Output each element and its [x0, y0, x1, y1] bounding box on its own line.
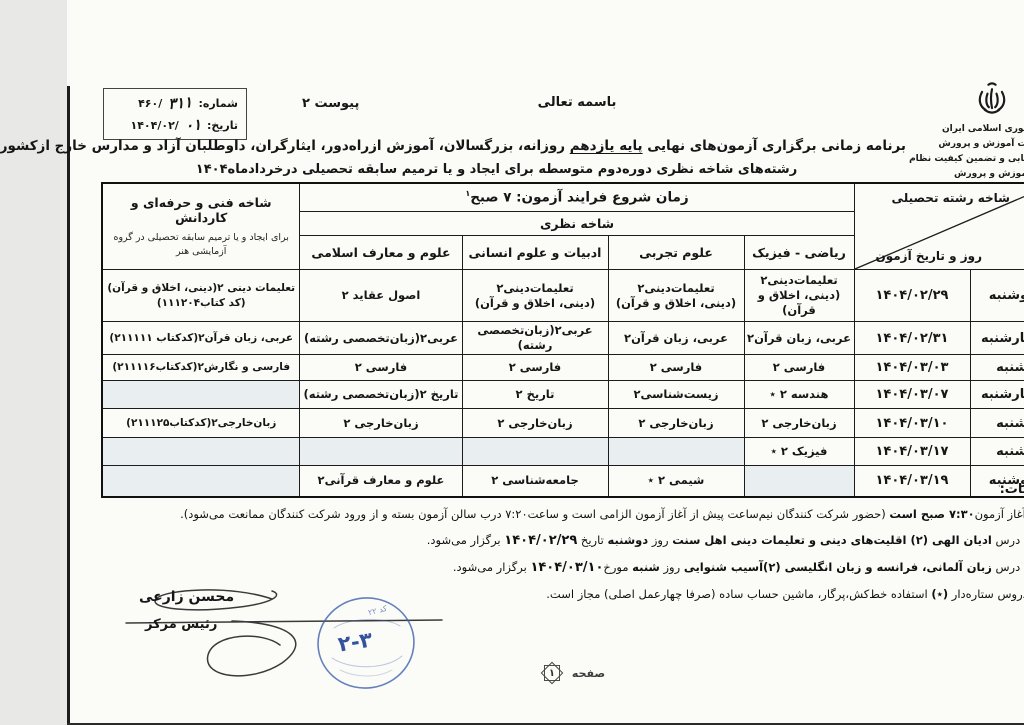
note2-date: ۱۴۰۴/۰۲/۲۹: [437, 533, 510, 548]
corner-branch-label: شاخه رشته تحصیلی: [802, 191, 967, 205]
ref-number-handwritten: ۳۱۱: [101, 93, 127, 113]
subject-cell: زبان‌خارجی ۲: [677, 409, 787, 438]
subject-cell: فیزیک ۲ ٭: [677, 438, 787, 466]
title-line-1: برنامه زمانی برگزاری آزمون‌های نهایی پای…: [20, 135, 839, 157]
document-page: جمهوری اسلامی ایران وزارت آموزش و پرورش …: [0, 0, 1024, 725]
note2-end: برگزار می‌شود.: [360, 533, 438, 547]
basmala: باسمه تعالی: [440, 95, 580, 110]
vocational-subtitle: برای ایجاد و یا ترمیم سابقه تحصیلی در گر…: [38, 231, 231, 259]
table-row: چهارشنبه ۱۴۰۴/۰۲/۳۱ عربی، زبان قرآن۲ عرب…: [35, 322, 987, 355]
note4-star: (٭): [864, 587, 881, 601]
vocational-header: شاخه فنی و حرفه‌ای و کاردانش برای ایجاد …: [35, 183, 233, 270]
attachment-label: پیوست ۲: [235, 96, 292, 111]
vocational-title: شاخه فنی و حرفه‌ای و کاردانش: [38, 195, 231, 225]
note3-mid2: مورخ: [536, 560, 565, 574]
start-time-header: زمان شروع فرایند آزمون: ۷ صبح۱: [233, 183, 787, 212]
title-grade-underlined: پایه یازدهم: [503, 138, 576, 154]
ref-number-printed: ۴۶۰/: [71, 97, 95, 110]
note2-text: ۲.آزمون درس: [925, 533, 996, 547]
subject-cell: زبان‌خارجی ۲: [541, 409, 677, 438]
subject-cell-empty: [35, 381, 233, 409]
ref-date-handwritten: ۰۱: [117, 115, 135, 134]
note3-date: ۱۴۰۴/۰۳/۱۰: [463, 560, 536, 575]
subject-cell: تعلیمات‌دینی۲ (دینی، اخلاق و قرآن): [677, 270, 787, 322]
note2-mid2: تاریخ: [510, 533, 540, 547]
subject-cell: فارسی ۲: [541, 355, 677, 381]
ref-date-label: تاریخ:: [140, 119, 171, 132]
day-cell: چهارشنبه: [903, 381, 987, 409]
ref-date-printed: ۱۴۰۴/۰۲/: [63, 119, 111, 132]
note3-bold: زبان آلمانی، فرانسه و زبان انگلیسی (۲)آس…: [617, 560, 925, 574]
subject-cell: عربی۲(زبان‌تخصصی رشته): [233, 322, 395, 355]
date-cell: ۱۴۰۴/۰۳/۰۳: [787, 355, 903, 381]
table-row: شنبه ۱۴۰۴/۰۳/۱۰ زبان‌خارجی ۲ زبان‌خارجی …: [35, 409, 987, 438]
reference-number-row: شماره: ۳۱۱ ۴۶۰/: [45, 94, 171, 112]
subject-cell: فارسی و نگارش۲(کدکتاب۲۱۱۱۱۶): [35, 355, 233, 381]
org-line-ministry: وزارت آموزش و پرورش: [840, 137, 1010, 152]
column-header-experimental: علوم تجربی: [541, 236, 677, 270]
note-line-1: ۱.زمان آغاز آزمون۷:۳۰ صبح است (حضور شرکت…: [18, 505, 996, 523]
note2-mid: روز: [581, 533, 605, 547]
table-row: دوشنبه ۱۴۰۴/۰۲/۲۹ تعلیمات‌دینی۲ (دینی، ا…: [35, 270, 987, 322]
notes-title: توضیحات:: [18, 482, 996, 497]
subject-cell: تعلیمات‌دینی۲ (دینی، اخلاق و قرآن): [541, 270, 677, 322]
date-cell: ۱۴۰۴/۰۳/۱۰: [787, 409, 903, 438]
page-footer: صفحه ۱: [410, 660, 600, 686]
reference-date-row: تاریخ: ۰۱ ۱۴۰۴/۰۲/: [45, 116, 171, 134]
subject-cell: زبان‌خارجی ۲: [233, 409, 395, 438]
signature-title: رئیس مرکز: [78, 617, 150, 632]
subject-cell: تاریخ ۲(زبان‌تخصصی رشته): [233, 381, 395, 409]
subject-cell: زبان‌خارجی۲(کدکتاب۲۱۱۱۲۵): [35, 409, 233, 438]
note1-text: ۱.زمان آغاز آزمون: [908, 507, 996, 521]
ref-number-label: شماره:: [131, 97, 171, 110]
subject-cell: زبان‌خارجی ۲: [395, 409, 541, 438]
org-line-center: مرکز ارزشیابی و تضمین کیفیت نظام: [840, 152, 1010, 167]
scan-edge-left: [0, 86, 3, 725]
note4-text: ۴.برای دروس ستاره‌دار: [881, 587, 996, 601]
subject-cell: فارسی ۲: [233, 355, 395, 381]
corner-cell: شاخه رشته تحصیلی روز و تاریخ آزمون: [787, 183, 987, 270]
org-line-center2: آموزش و پرورش: [840, 167, 1010, 182]
subject-cell: عربی، زبان قرآن۲(کدکتاب ۲۱۱۱۱۱): [35, 322, 233, 355]
note1-rest: (حضور شرکت کنندگان نیم‌ساعت پیش از آغاز …: [113, 507, 822, 521]
title-pre: برنامه زمانی برگزاری آزمون‌های نهایی: [576, 138, 839, 154]
reference-box: شماره: ۳۱۱ ۴۶۰/ تاریخ: ۰۱ ۱۴۰۴/۰۲/: [36, 88, 180, 140]
subject-cell-empty: [233, 438, 395, 466]
note3-text: ۳.آزمون درس: [925, 560, 996, 574]
subject-cell-empty: [35, 438, 233, 466]
subject-cell: عربی، زبان قرآن۲: [677, 322, 787, 355]
note-line-3: ۳.آزمون درس زبان آلمانی، فرانسه و زبان ا…: [18, 558, 996, 577]
start-time-text: زمان شروع فرایند آزمون: ۷ صبح: [403, 190, 621, 206]
subject-cell: عربی۲(زبان‌تخصصی رشته): [395, 322, 541, 355]
table-row: چهارشنبه ۱۴۰۴/۰۳/۰۷ هندسه ۲ ٭ زیست‌شناسی…: [35, 381, 987, 409]
page-footer-label: صفحه: [505, 667, 538, 680]
header-row-1: شاخه رشته تحصیلی روز و تاریخ آزمون زمان …: [35, 183, 987, 212]
signature-name: محسن زارعی: [72, 589, 167, 605]
day-cell: شنبه: [903, 438, 987, 466]
subject-cell-empty: [395, 438, 541, 466]
subject-cell: تاریخ ۲: [395, 381, 541, 409]
subject-cell: تعلیمات‌دینی۲ (دینی، اخلاق و قرآن): [395, 270, 541, 322]
title-post: روزانه، بزرگسالان، آموزش ازراه‌دور، ایثا…: [0, 138, 503, 154]
official-stamp: کد ۲۲ ۲-۳: [245, 592, 353, 694]
column-header-math-physics: ریاضی - فیزیک: [677, 236, 787, 270]
note3-end: برگزار می‌شود.: [386, 560, 464, 574]
day-cell: چهارشنبه: [903, 322, 987, 355]
subject-cell: تعلیمات دینی ۲(دینی، اخلاق و قرآن) (کد ک…: [35, 270, 233, 322]
note4-rest: استفاده خط‌کش،پرگار، ماشین حساب ساده (صر…: [479, 587, 864, 601]
note3-mid: روز: [593, 560, 617, 574]
date-cell: ۱۴۰۴/۰۲/۳۱: [787, 322, 903, 355]
date-cell: ۱۴۰۴/۰۳/۰۷: [787, 381, 903, 409]
subject-cell: عربی، زبان قرآن۲: [541, 322, 677, 355]
table-row: شنبه ۱۴۰۴/۰۳/۰۳ فارسی ۲ فارسی ۲ فارسی ۲ …: [35, 355, 987, 381]
title-line-2: رشته‌های شاخه نظری دوره‌دوم متوسطه برای …: [20, 159, 839, 181]
exam-schedule-table: شاخه رشته تحصیلی روز و تاریخ آزمون زمان …: [34, 182, 988, 498]
day-cell: شنبه: [903, 409, 987, 438]
date-cell: ۱۴۰۴/۰۲/۲۹: [787, 270, 903, 322]
letterhead: جمهوری اسلامی ایران وزارت آموزش و پرورش …: [840, 80, 1010, 182]
subject-cell: هندسه ۲ ٭: [677, 381, 787, 409]
note2-day: دوشنبه: [540, 533, 581, 547]
table-row: شنبه ۱۴۰۴/۰۳/۱۷ فیزیک ۲ ٭: [35, 438, 987, 466]
subject-cell: اصول عقاید ۲: [233, 270, 395, 322]
note1-bold: ۷:۳۰ صبح است: [822, 507, 907, 521]
note2-bold: ادیان الهی (۲) اقلیت‌های دینی و تعلیمات …: [605, 533, 925, 547]
subject-cell: فارسی ۲: [677, 355, 787, 381]
note3-day: شنبه: [565, 560, 593, 574]
subject-cell-empty: [541, 438, 677, 466]
iran-emblem-icon: [907, 80, 943, 120]
subject-cell: زیست‌شناسی۲: [541, 381, 677, 409]
note-line-2: ۲.آزمون درس ادیان الهی (۲) اقلیت‌های دین…: [18, 531, 996, 550]
document-title: برنامه زمانی برگزاری آزمون‌های نهایی پای…: [20, 135, 839, 181]
page-number-star: ۱: [472, 660, 498, 686]
theory-branch-header: شاخه نظری: [233, 212, 787, 236]
subject-cell: فارسی ۲: [395, 355, 541, 381]
day-cell: شنبه: [903, 355, 987, 381]
column-header-humanities: ادبیات و علوم انسانی: [395, 236, 541, 270]
column-header-islamic-studies: علوم و معارف اسلامی: [233, 236, 395, 270]
page-number: ۱: [472, 660, 498, 686]
org-line-country: جمهوری اسلامی ایران: [840, 122, 1010, 137]
day-cell: دوشنبه: [903, 270, 987, 322]
corner-daydate-label: روز و تاریخ آزمون: [794, 249, 931, 263]
date-cell: ۱۴۰۴/۰۳/۱۷: [787, 438, 903, 466]
